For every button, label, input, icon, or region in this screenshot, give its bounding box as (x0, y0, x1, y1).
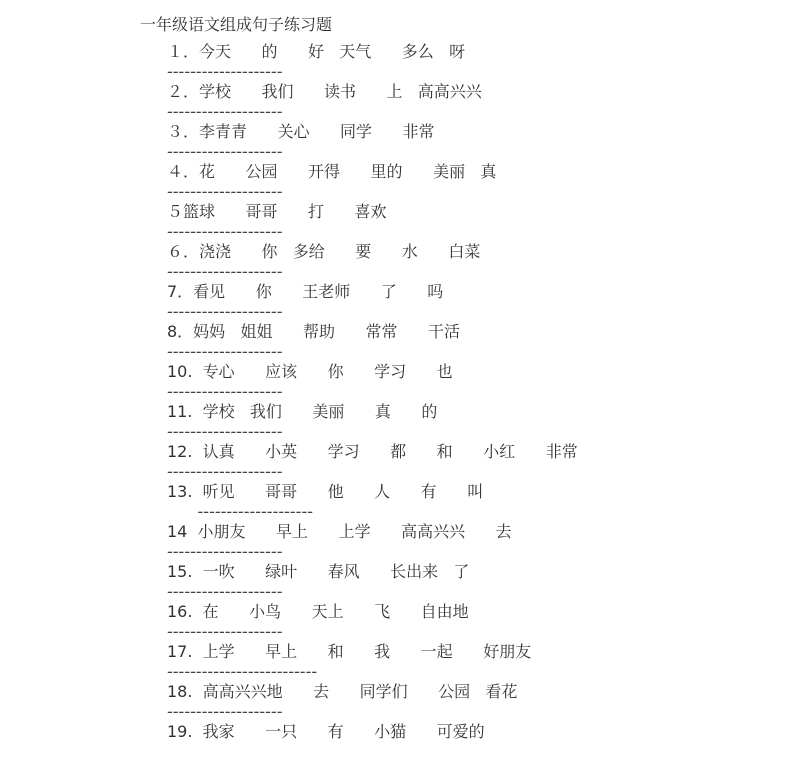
separator-line: -------------------- (167, 303, 800, 321)
exercise-words: 16. 在 小鸟 天上 飞 自由地 (167, 601, 800, 623)
separator-line: -------------------- (167, 263, 800, 281)
separator-line: -------------------- (167, 583, 800, 601)
page-title: 一年级语文组成句子练习题 (140, 14, 800, 36)
separator-line: -------------------------- (167, 663, 800, 681)
separator-line: -------------------- (167, 343, 800, 361)
separator-line: -------------------- (167, 423, 800, 441)
exercise-words: 11. 学校 我们 美丽 真 的 (167, 401, 800, 423)
separator-line: -------------------- (167, 63, 800, 81)
exercise-item: 19. 我家 一只 有 小猫 可爱的 (167, 721, 800, 761)
exercise-item: 7．看见 你 王老师 了 吗 -------------------- (167, 281, 800, 321)
separator-line: -------------------- (167, 103, 800, 121)
separator-line: -------------------- (167, 143, 800, 161)
exercise-item: 16. 在 小鸟 天上 飞 自由地 -------------------- (167, 601, 800, 641)
exercise-words: 7．看见 你 王老师 了 吗 (167, 281, 800, 303)
exercise-words: 13. 听见 哥哥 他 人 有 叫 (167, 481, 800, 503)
exercise-words: ５篮球 哥哥 打 喜欢 (167, 201, 800, 223)
exercise-item: 15. 一吹 绿叶 春风 长出来 了 -------------------- (167, 561, 800, 601)
exercise-item: 11. 学校 我们 美丽 真 的 -------------------- (167, 401, 800, 441)
exercise-item: ３．李青青 关心 同学 非常 -------------------- (167, 121, 800, 161)
exercise-words: 15. 一吹 绿叶 春风 长出来 了 (167, 561, 800, 583)
separator-line: -------------------- (167, 383, 800, 401)
exercise-words: ３．李青青 关心 同学 非常 (167, 121, 800, 143)
exercise-words: ４．花 公园 开得 里的 美丽 真 (167, 161, 800, 183)
separator-line (167, 743, 800, 761)
exercise-words: 17. 上学 早上 和 我 一起 好朋友 (167, 641, 800, 663)
exercise-item: 8．妈妈 姐姐 帮助 常常 干活 -------------------- (167, 321, 800, 361)
exercise-words: 19. 我家 一只 有 小猫 可爱的 (167, 721, 800, 743)
exercise-item: 10. 专心 应该 你 学习 也 -------------------- (167, 361, 800, 401)
exercise-list: １．今天 的 好 天气 多么 呀 -------------------- ２．… (167, 41, 800, 761)
separator-line: -------------------- (167, 543, 800, 561)
exercise-words: 18. 高高兴兴地 去 同学们 公园 看花 (167, 681, 800, 703)
worksheet-page: 一年级语文组成句子练习题 １．今天 的 好 天气 多么 呀 ----------… (0, 0, 800, 776)
exercise-words: 12. 认真 小英 学习 都 和 小红 非常 (167, 441, 800, 463)
separator-line: -------------------- (167, 223, 800, 241)
exercise-words: ６．浇浇 你 多给 要 水 白菜 (167, 241, 800, 263)
exercise-item: ４．花 公园 开得 里的 美丽 真 -------------------- (167, 161, 800, 201)
separator-line: -------------------- (167, 463, 800, 481)
exercise-item: 14 小朋友 早上 上学 高高兴兴 去 -------------------- (167, 521, 800, 561)
exercise-item: ６．浇浇 你 多给 要 水 白菜 -------------------- (167, 241, 800, 281)
exercise-words: ２．学校 我们 读书 上 高高兴兴 (167, 81, 800, 103)
exercise-item: 17. 上学 早上 和 我 一起 好朋友 -------------------… (167, 641, 800, 681)
separator-line: -------------------- (167, 623, 800, 641)
exercise-item: 13. 听见 哥哥 他 人 有 叫 -------------------- (167, 481, 800, 521)
exercise-words: 8．妈妈 姐姐 帮助 常常 干活 (167, 321, 800, 343)
exercise-item: ２．学校 我们 读书 上 高高兴兴 -------------------- (167, 81, 800, 121)
exercise-words: １．今天 的 好 天气 多么 呀 (167, 41, 800, 63)
separator-line: -------------------- (167, 703, 800, 721)
exercise-item: 12. 认真 小英 学习 都 和 小红 非常 -----------------… (167, 441, 800, 481)
separator-line: -------------------- (167, 503, 800, 521)
separator-line: -------------------- (167, 183, 800, 201)
exercise-words: 14 小朋友 早上 上学 高高兴兴 去 (167, 521, 800, 543)
exercise-words: 10. 专心 应该 你 学习 也 (167, 361, 800, 383)
exercise-item: ５篮球 哥哥 打 喜欢 -------------------- (167, 201, 800, 241)
exercise-item: １．今天 的 好 天气 多么 呀 -------------------- (167, 41, 800, 81)
exercise-item: 18. 高高兴兴地 去 同学们 公园 看花 ------------------… (167, 681, 800, 721)
